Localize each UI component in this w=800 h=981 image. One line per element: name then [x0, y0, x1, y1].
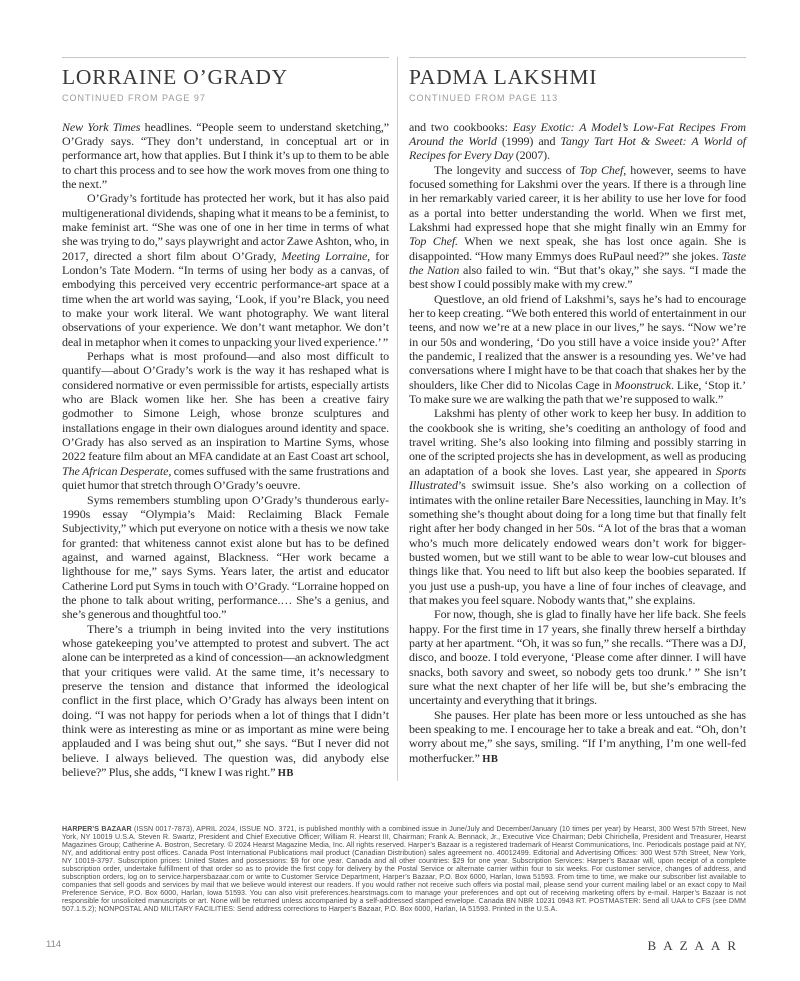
body-text: She pauses. Her plate has been more or l… [409, 708, 746, 765]
italic-text: New York Times [62, 120, 140, 134]
article-header-right: PADMA LAKSHMI CONTINUED FROM PAGE 113 [409, 57, 746, 103]
end-mark-hb: HB [278, 768, 294, 779]
paragraph: The longevity and success of Top Chef, h… [409, 163, 746, 292]
article-columns: LORRAINE O’GRADY CONTINUED FROM PAGE 97 … [62, 57, 746, 781]
paragraph: Lakshmi has plenty of other work to keep… [409, 406, 746, 607]
body-text: Questlove, an old friend of Lakshmi’s, s… [409, 292, 746, 392]
bazaar-footer-logo: BAZAAR [648, 938, 743, 954]
column-padma-lakshmi: PADMA LAKSHMI CONTINUED FROM PAGE 113 an… [398, 57, 746, 781]
paragraph: There’s a triumph in being invited into … [62, 622, 389, 782]
paragraph: Perhaps what is most profound—and also m… [62, 349, 389, 492]
masthead-legal-text: (ISSN 0017-7873), APRIL 2024, ISSUE NO. … [62, 825, 746, 913]
body-text: and two cookbooks: [409, 120, 513, 134]
paragraph: and two cookbooks: Easy Exotic: A Model’… [409, 120, 746, 163]
body-text: Lakshmi has plenty of other work to keep… [409, 406, 746, 477]
paragraph: Syms remembers stumbling upon O’Grady’s … [62, 493, 389, 622]
body-text: Syms remembers stumbling upon O’Grady’s … [62, 493, 389, 622]
italic-text: The African Desperate, [62, 464, 171, 478]
body-text: The longevity and success of [434, 163, 580, 177]
body-text: For now, though, she is glad to finally … [409, 607, 746, 707]
body-text: When we next speak, she has lost once ag… [409, 234, 746, 262]
end-mark-hb: HB [482, 754, 498, 765]
article-body-left: New York Times headlines. “People seem t… [62, 120, 389, 782]
page-number: 114 [46, 939, 61, 950]
continued-from-line: CONTINUED FROM PAGE 97 [62, 93, 389, 103]
article-title-padma-lakshmi: PADMA LAKSHMI [409, 66, 746, 89]
article-header-left: LORRAINE O’GRADY CONTINUED FROM PAGE 97 [62, 57, 389, 103]
masthead-fine-print: HARPER’S BAZAAR (ISSN 0017-7873), APRIL … [62, 826, 746, 913]
body-text: also failed to win. “But that’s okay,” s… [409, 263, 746, 291]
article-title-lorraine-ogrady: LORRAINE O’GRADY [62, 66, 389, 89]
body-text: Perhaps what is most profound—and also m… [62, 349, 389, 463]
paragraph: For now, though, she is glad to finally … [409, 607, 746, 707]
continued-from-line: CONTINUED FROM PAGE 113 [409, 93, 746, 103]
paragraph: New York Times headlines. “People seem t… [62, 120, 389, 192]
column-lorraine-ogrady: LORRAINE O’GRADY CONTINUED FROM PAGE 97 … [62, 57, 398, 781]
italic-text: Top Chef, [580, 163, 627, 177]
body-text: (1999) and [497, 134, 561, 148]
italic-text: Meeting Lorraine, [281, 249, 370, 263]
masthead-magazine-name: HARPER’S BAZAAR [62, 825, 132, 833]
body-text: There’s a triumph in being invited into … [62, 622, 389, 779]
body-text: ’s swimsuit issue. She’s also working on… [409, 478, 746, 607]
italic-text: Top Chef. [409, 234, 458, 248]
body-text: (2007). [513, 148, 550, 162]
magazine-page: LORRAINE O’GRADY CONTINUED FROM PAGE 97 … [0, 0, 800, 981]
paragraph: She pauses. Her plate has been more or l… [409, 708, 746, 767]
body-text: for London’s Tate Modern. “In terms of u… [62, 249, 389, 349]
paragraph: Questlove, an old friend of Lakshmi’s, s… [409, 292, 746, 407]
paragraph: O’Grady’s fortitude has protected her wo… [62, 191, 389, 349]
italic-text: Moonstruck [615, 378, 671, 392]
article-body-right: and two cookbooks: Easy Exotic: A Model’… [409, 120, 746, 767]
